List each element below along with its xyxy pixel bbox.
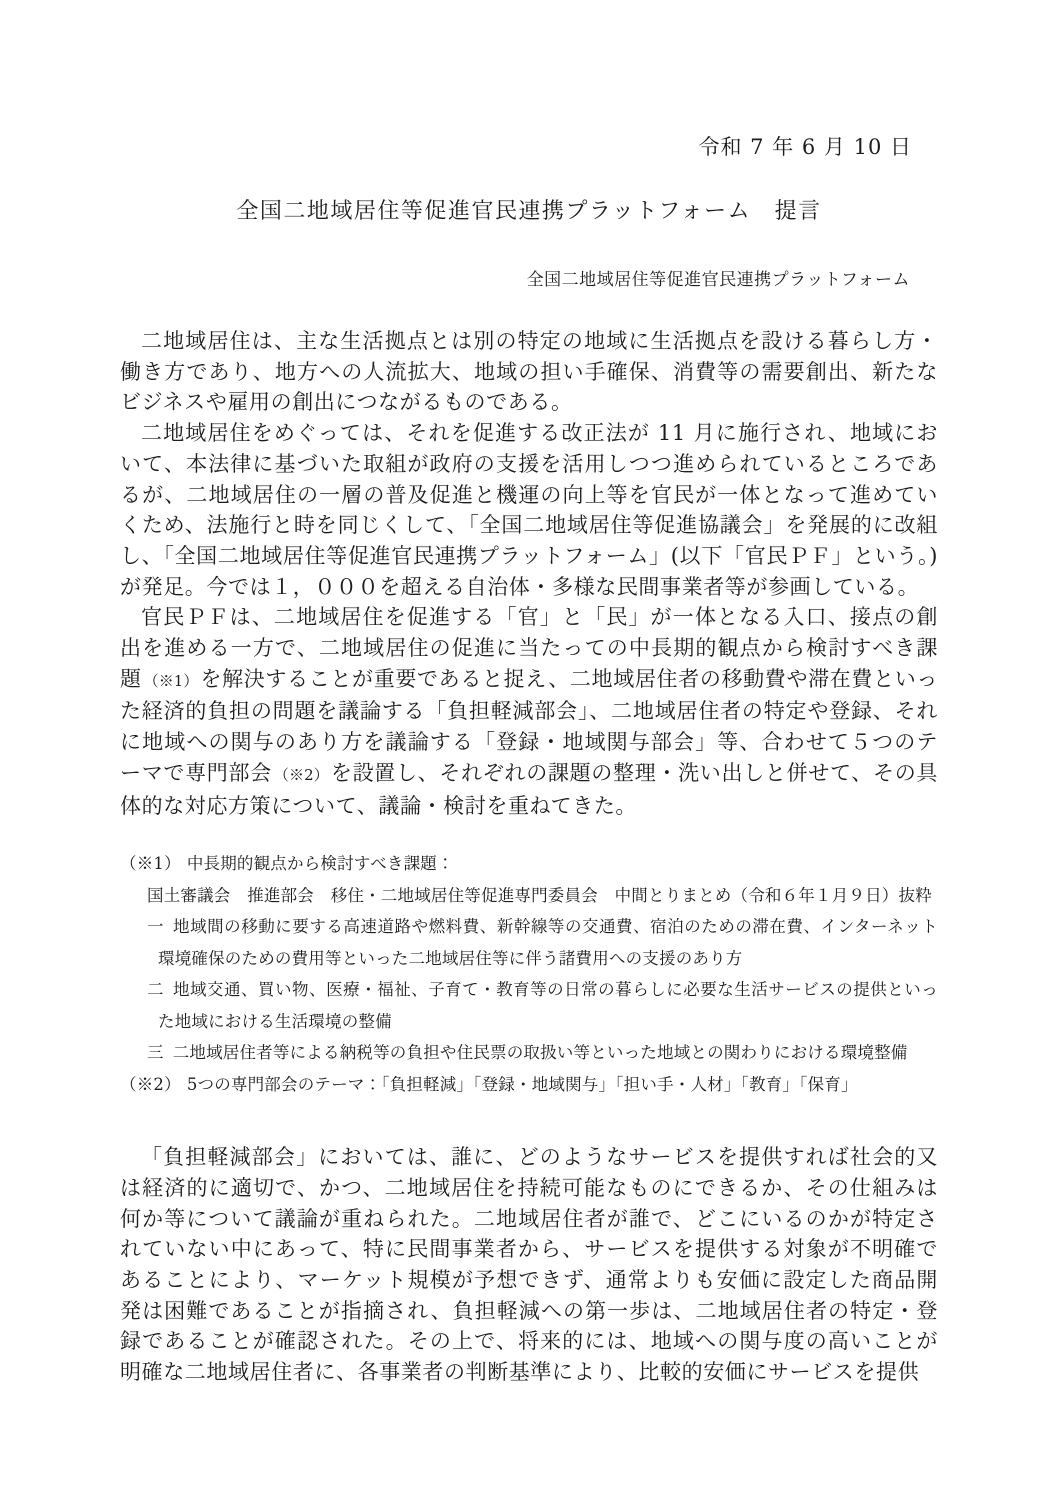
footnote-item-text: 二地域居住者等による納税等の負担や住民票の取扱い等といった地域との関わりにおける…	[173, 1043, 908, 1062]
footnote-item-text: 地域交通、買い物、医療・福祉、子育て・教育等の日常の暮らしに必要な生活サービスの…	[158, 980, 938, 1031]
document-content: 令和 7 年 6 月 10 日 全国二地域居住等促進官民連携プラットフォーム 提…	[0, 0, 1058, 1388]
closing-paragraph: 「負担軽減部会」においては、誰に、どのようなサービスを提供すれば社会的又は経済的…	[120, 1142, 938, 1388]
closing-paragraphs: 「負担軽減部会」においては、誰に、どのようなサービスを提供すれば社会的又は経済的…	[120, 1142, 938, 1388]
document-page: 令和 7 年 6 月 10 日 全国二地域居住等促進官民連携プラットフォーム 提…	[0, 0, 1058, 1497]
document-author: 全国二地域居住等促進官民連携プラットフォーム	[120, 265, 938, 290]
footnote-item-number: 三	[147, 1043, 164, 1062]
document-date: 令和 7 年 6 月 10 日	[120, 0, 938, 161]
footnote-1-item: 二地域交通、買い物、医療・福祉、子育て・教育等の日常の暮らしに必要な生活サービス…	[120, 974, 938, 1037]
footnote-1-item: 一地域間の移動に要する高速道路や燃料費、新幹線等の交通費、宿泊のための滞在費、イ…	[120, 911, 938, 974]
footnote-1-source: 国土審議会 推進部会 移住・二地域居住等促進専門委員会 中間とりまとめ（令和６年…	[120, 880, 938, 912]
paragraph-text: 二地域居住は、主な生活拠点とは別の特定の地域に生活拠点を設ける暮らし方・働き方で…	[120, 329, 938, 414]
body-paragraph: 官民ＰＦは、二地域居住を促進する「官」と「民」が一体となる入口、接点の創出を進め…	[120, 602, 938, 821]
footnote-item-number: 二	[147, 980, 164, 999]
paragraph-text: 「負担軽減部会」においては、誰に、どのようなサービスを提供すれば社会的又は経済的…	[120, 1145, 938, 1384]
footnote-item-number: 一	[147, 917, 164, 936]
footnote-item-text: 地域間の移動に要する高速道路や燃料費、新幹線等の交通費、宿泊のための滞在費、イン…	[158, 917, 938, 968]
footnote-1-title: 中長期的観点から検討すべき課題：	[187, 854, 454, 873]
footnote-2-header: （※2）5つの専門部会のテーマ：「負担軽減」「登録・地域関与」「担い手・人材」「…	[120, 1069, 938, 1101]
footnote-2-marker: （※2）	[120, 1075, 181, 1094]
footnote-reference: （※2）	[274, 766, 329, 784]
footnote-1-items: 一地域間の移動に要する高速道路や燃料費、新幹線等の交通費、宿泊のための滞在費、イ…	[120, 911, 938, 1069]
footnote-1-item: 三二地域居住者等による納税等の負担や住民票の取扱い等といった地域との関わりにおけ…	[120, 1037, 938, 1069]
body-paragraph: 二地域居住は、主な生活拠点とは別の特定の地域に生活拠点を設ける暮らし方・働き方で…	[120, 326, 938, 418]
paragraph-text: 二地域居住をめぐっては、それを促進する改正法が 11 月に施行され、地域において…	[120, 421, 938, 599]
footnote-2-text: 5つの専門部会のテーマ：「負担軽減」「登録・地域関与」「担い手・人材」「教育」「…	[187, 1075, 858, 1094]
body-paragraph: 二地域居住をめぐっては、それを促進する改正法が 11 月に施行され、地域において…	[120, 418, 938, 602]
footnote-1-header: （※1）中長期的観点から検討すべき課題：	[120, 848, 938, 880]
body-paragraphs: 二地域居住は、主な生活拠点とは別の特定の地域に生活拠点を設ける暮らし方・働き方で…	[120, 326, 938, 821]
footnote-reference: （※1）	[144, 672, 199, 690]
document-title: 全国二地域居住等促進官民連携プラットフォーム 提言	[120, 194, 938, 225]
footnote-1-marker: （※1）	[120, 854, 181, 873]
footnotes-block: （※1）中長期的観点から検討すべき課題： 国土審議会 推進部会 移住・二地域居住…	[120, 848, 938, 1100]
